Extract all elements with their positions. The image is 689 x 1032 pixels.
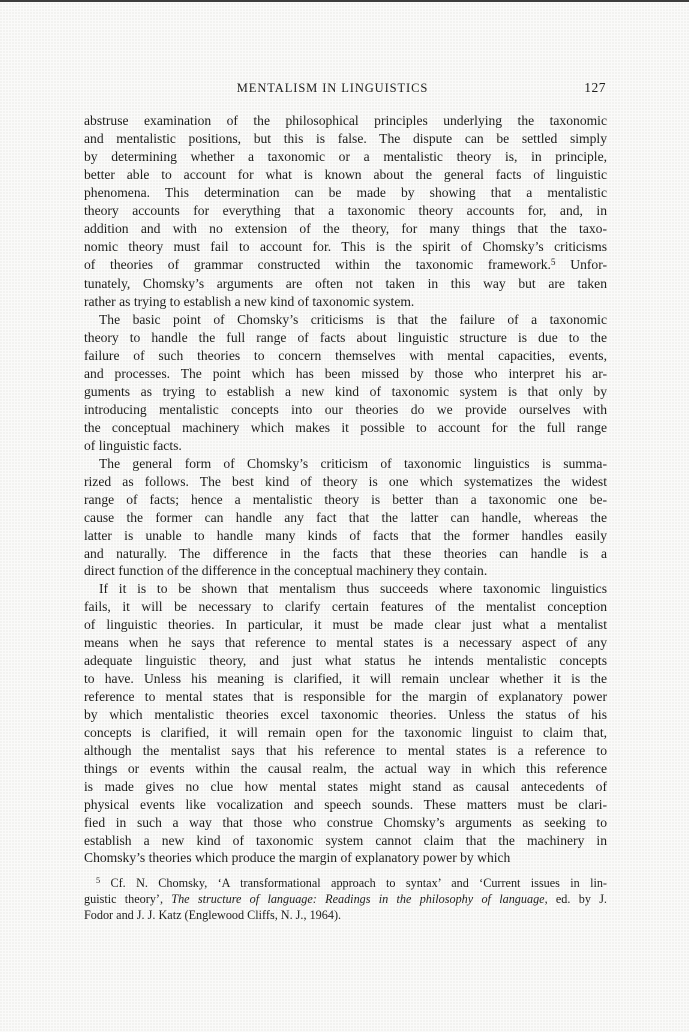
text-line: better able to account for what is known… — [84, 166, 607, 184]
text-run: Fodor and J. J. Katz (Englewood Cliffs, … — [84, 908, 341, 922]
text-run: guments as trying to establish a new kin… — [84, 384, 607, 399]
text-run: of linguistic facts. — [84, 438, 182, 453]
scan-edge-strip — [0, 0, 689, 2]
text-line: things or events within the causal realm… — [84, 760, 607, 778]
text-run: and naturally. The difference in the fac… — [84, 546, 607, 561]
text-line: latter is unable to handle many kinds of… — [84, 527, 607, 545]
text-run: things or events within the causal realm… — [84, 761, 607, 776]
text-run: fied in such a way that those who constr… — [84, 815, 607, 830]
text-run: adequate linguistic theory, and just wha… — [84, 653, 607, 668]
page-header: MENTALISM IN LINGUISTICS 127 — [84, 81, 607, 97]
text-run: nomic theory must fail to account for. T… — [84, 239, 607, 254]
text-run: Cf. N. Chomsky, ‘A transformational appr… — [100, 876, 607, 890]
text-run: is made gives no clue how mental states … — [84, 779, 607, 794]
text-line: reference to mental states that is respo… — [84, 688, 607, 706]
text-line: of theories of grammar constructed withi… — [84, 256, 607, 276]
scanned-page: MENTALISM IN LINGUISTICS 127 abstruse ex… — [0, 0, 689, 1032]
text-run: to have. Unless his meaning is clarified… — [84, 671, 607, 686]
text-line: phenomena. This determination can be mad… — [84, 184, 607, 202]
text-line: rather as trying to establish a new kind… — [84, 293, 607, 311]
text-line: to have. Unless his meaning is clarified… — [84, 670, 607, 688]
text-line: guistic theory’, The structure of langua… — [84, 892, 607, 908]
text-line: physical events like vocalization and sp… — [84, 796, 607, 814]
footnote: 5 Cf. N. Chomsky, ‘A transformational ap… — [84, 876, 607, 924]
text-line: If it is to be shown that mentalism thus… — [84, 580, 607, 598]
text-run: rized as follows. The best kind of theor… — [84, 474, 607, 489]
text-run: failure of such theories to concern them… — [84, 348, 607, 363]
text-run: concepts is clarified, it will remain op… — [84, 725, 607, 740]
text-line: and mentalistic positions, but this is f… — [84, 130, 607, 148]
text-run: Chomsky’s theories which produce the mar… — [84, 850, 510, 865]
text-run: reference to mental states that is respo… — [84, 689, 607, 704]
text-run: If it is to be shown that mentalism thus… — [99, 581, 607, 596]
text-run: The basic point of Chomsky’s criticisms … — [99, 312, 607, 327]
text-line: Chomsky’s theories which produce the mar… — [84, 849, 607, 867]
text-line: abstruse examination of the philosophica… — [84, 112, 607, 130]
text-line: of linguistic facts. — [84, 437, 607, 455]
text-run: and mentalistic positions, but this is f… — [84, 131, 607, 146]
text-run: establish a new kind of taxonomic system… — [84, 833, 607, 848]
text-line: by which mentalistic theories excel taxo… — [84, 706, 607, 724]
text-run: abstruse examination of the philosophica… — [84, 113, 607, 128]
text-line: theory to handle the full range of facts… — [84, 329, 607, 347]
text-run: range of facts; hence a mentalistic theo… — [84, 492, 607, 507]
text-run: and processes. The point which has been … — [84, 366, 607, 381]
paragraph: abstruse examination of the philosophica… — [84, 112, 607, 311]
text-run: phenomena. This determination can be mad… — [84, 185, 607, 200]
text-run: addition and with no extension of the th… — [84, 221, 607, 236]
text-run: , ed. by J. — [545, 892, 607, 906]
text-run: by determining whether a taxonomic or a … — [84, 149, 607, 164]
text-line: introducing mentalistic concepts into ou… — [84, 401, 607, 419]
text-run: of linguistic theories. In particular, i… — [84, 617, 607, 632]
text-line: nomic theory must fail to account for. T… — [84, 238, 607, 256]
text-line: rized as follows. The best kind of theor… — [84, 473, 607, 491]
text-line: and processes. The point which has been … — [84, 365, 607, 383]
text-run: Unfor- — [556, 257, 607, 272]
text-run: physical events like vocalization and sp… — [84, 797, 607, 812]
text-run: direct function of the difference in the… — [84, 563, 487, 578]
text-line: Fodor and J. J. Katz (Englewood Cliffs, … — [84, 908, 607, 924]
text-run: theory accounts for everything that a ta… — [84, 203, 607, 218]
text-line: of linguistic theories. In particular, i… — [84, 616, 607, 634]
text-run: guistic theory’, — [84, 892, 171, 906]
text-run: by which mentalistic theories excel taxo… — [84, 707, 607, 722]
text-line: direct function of the difference in the… — [84, 562, 607, 580]
text-run: The general form of Chomsky’s criticism … — [99, 456, 607, 471]
text-run: The structure of language: Readings in t… — [171, 892, 544, 906]
text-line: failure of such theories to concern them… — [84, 347, 607, 365]
text-line: addition and with no extension of the th… — [84, 220, 607, 238]
text-run: rather as trying to establish a new kind… — [84, 294, 414, 309]
text-run: cause the former can handle any fact tha… — [84, 510, 607, 525]
page-text-block: abstruse examination of the philosophica… — [84, 112, 607, 924]
paragraph: If it is to be shown that mentalism thus… — [84, 580, 607, 867]
footnote-ref-marker: 5 — [551, 257, 556, 267]
text-line: although the mentalist says that his ref… — [84, 742, 607, 760]
text-line: guments as trying to establish a new kin… — [84, 383, 607, 401]
text-line: cause the former can handle any fact tha… — [84, 509, 607, 527]
paragraph: The general form of Chomsky’s criticism … — [84, 455, 607, 581]
text-run: of theories of grammar constructed withi… — [84, 257, 551, 272]
text-line: The basic point of Chomsky’s criticisms … — [84, 311, 607, 329]
text-run: introducing mentalistic concepts into ou… — [84, 402, 607, 417]
page-number: 127 — [584, 80, 606, 96]
text-run: tunately, Chomsky’s arguments are often … — [84, 276, 607, 291]
text-line: and naturally. The difference in the fac… — [84, 545, 607, 563]
text-line: theory accounts for everything that a ta… — [84, 202, 607, 220]
text-line: concepts is clarified, it will remain op… — [84, 724, 607, 742]
text-line: The general form of Chomsky’s criticism … — [84, 455, 607, 473]
text-line: fails, it will be necessary to clarify c… — [84, 598, 607, 616]
text-run: although the mentalist says that his ref… — [84, 743, 607, 758]
text-line: 5 Cf. N. Chomsky, ‘A transformational ap… — [84, 876, 607, 893]
text-run: means when he says that reference to men… — [84, 635, 607, 650]
text-run: fails, it will be necessary to clarify c… — [84, 599, 607, 614]
text-run: better able to account for what is known… — [84, 167, 607, 182]
text-line: the conceptual machinery which makes it … — [84, 419, 607, 437]
paragraph: The basic point of Chomsky’s criticisms … — [84, 311, 607, 455]
text-line: adequate linguistic theory, and just wha… — [84, 652, 607, 670]
text-line: tunately, Chomsky’s arguments are often … — [84, 275, 607, 293]
text-line: establish a new kind of taxonomic system… — [84, 832, 607, 850]
running-head-title: MENTALISM IN LINGUISTICS — [71, 81, 594, 96]
text-run: the conceptual machinery which makes it … — [84, 420, 607, 435]
text-line: range of facts; hence a mentalistic theo… — [84, 491, 607, 509]
text-run: latter is unable to handle many kinds of… — [84, 528, 607, 543]
text-line: by determining whether a taxonomic or a … — [84, 148, 607, 166]
text-line: means when he says that reference to men… — [84, 634, 607, 652]
text-run: theory to handle the full range of facts… — [84, 330, 607, 345]
footnote-ref-marker: 5 — [96, 876, 100, 885]
body-text: abstruse examination of the philosophica… — [84, 112, 607, 867]
text-line: fied in such a way that those who constr… — [84, 814, 607, 832]
text-line: is made gives no clue how mental states … — [84, 778, 607, 796]
